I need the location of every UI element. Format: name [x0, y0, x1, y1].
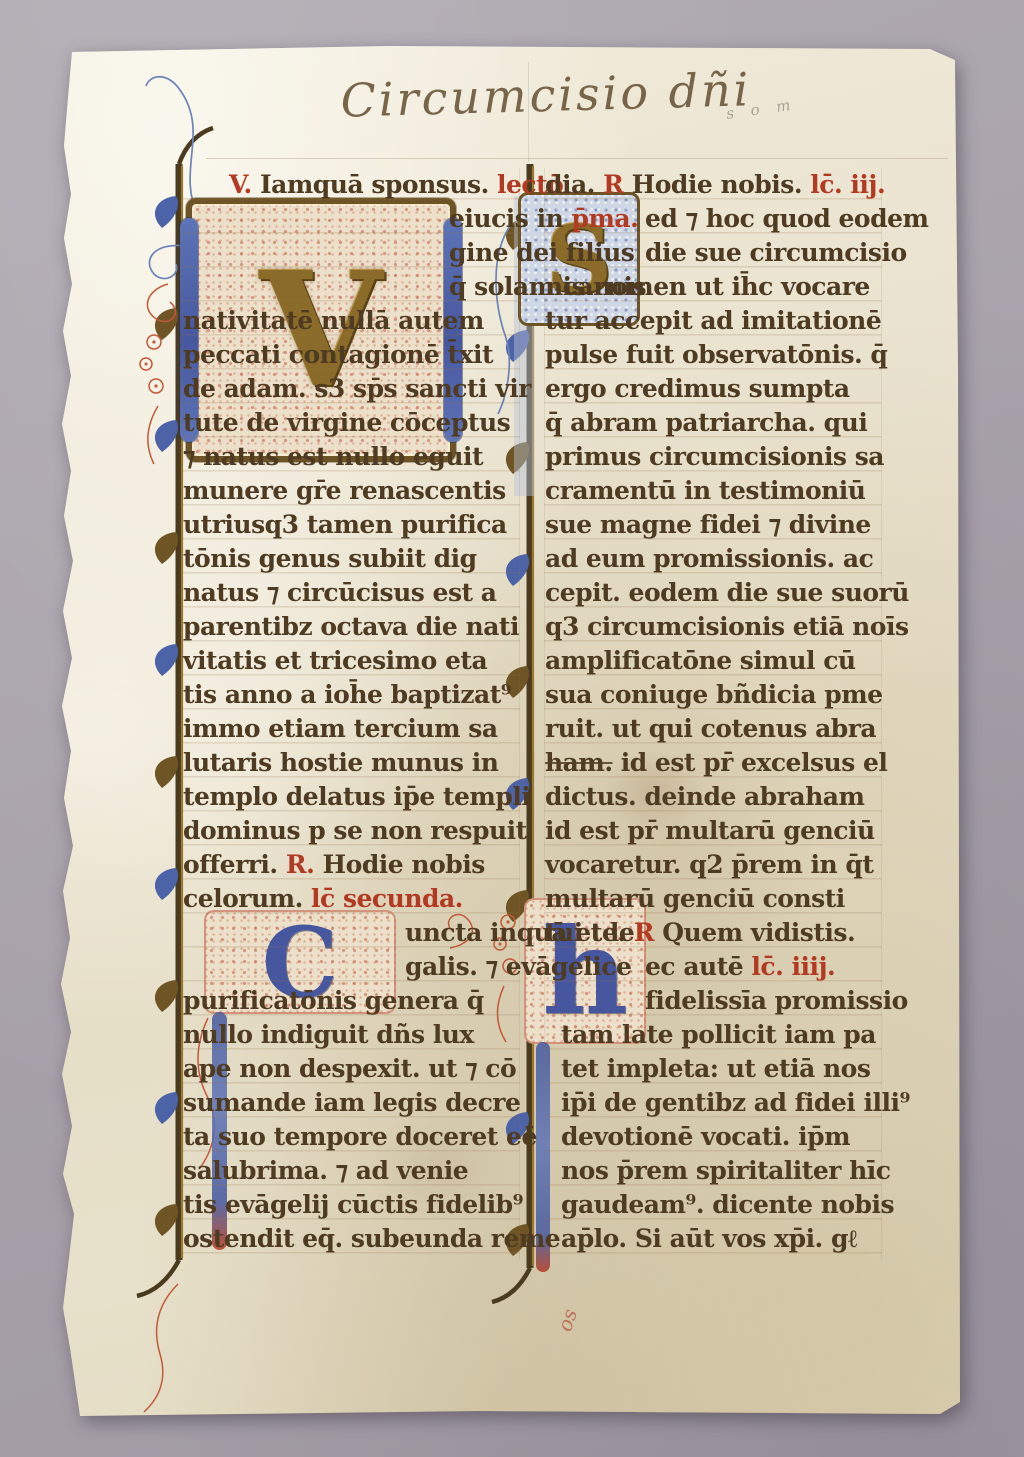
text-segment: celorum.	[183, 884, 311, 913]
text-line: sua coniuge bñdicia pme	[545, 678, 881, 712]
text-line: cepit. eodem die sue suorū	[545, 576, 881, 610]
text-line: gaudeam⁹. dicente nobis	[545, 1188, 881, 1222]
text-segment: ape non despexit. ut ⁊ cō	[183, 1054, 516, 1083]
text-segment: fidelissīa promissio	[645, 986, 908, 1015]
text-segment: salubrima. ⁊ ad venie	[183, 1156, 468, 1185]
text-line: tis evāgelij cūctis fidelib⁹	[183, 1188, 519, 1222]
text-line: ruit. ut qui cotenus abra	[545, 712, 881, 746]
text-line: gine dei filius	[183, 236, 519, 270]
text-line: parentibz octava die nati	[183, 610, 519, 644]
text-segment: gaudeam⁹. dicente nobis	[561, 1190, 894, 1219]
text-segment: ergo credimus sumpta	[545, 374, 850, 403]
text-line: tam late pollicit iam pa	[545, 1018, 881, 1052]
text-segment: ruit. ut qui cotenus abra	[545, 714, 876, 743]
text-line: q̄ solam carnis	[183, 270, 519, 304]
text-segment: multarū genciū consti	[545, 884, 845, 913]
text-line: ap̄lo. Si aūt vos xp̄i. gℓ	[545, 1222, 881, 1256]
text-line: ad eum promissionis. ac	[545, 542, 881, 576]
text-segment: sua coniuge bñdicia pme	[545, 680, 883, 709]
text-segment: ham.	[545, 748, 613, 777]
text-segment: purificatōnis genera q̄	[183, 986, 484, 1015]
text-line: q̄ abram patriarcha. qui	[545, 406, 881, 440]
text-segment: sumande iam legis decre	[183, 1088, 520, 1117]
text-line: die sue circumcisio	[545, 236, 881, 270]
text-line: nos p̄rem spiritaliter hīc	[545, 1154, 881, 1188]
text-column-right: dia. R Hodie nobis. lc̄. iij.ed ⁊ hoc qu…	[544, 168, 882, 1260]
text-segment: templo delatus ip̄e templi	[183, 782, 530, 811]
text-segment: cramentū in testimoniū	[545, 476, 865, 505]
text-segment: R	[634, 918, 662, 947]
text-segment: utriusq3 tamen purifica	[183, 510, 507, 539]
text-segment: dia.	[545, 170, 603, 199]
text-segment: tōnis genus subiit dig	[183, 544, 477, 573]
text-segment: lc̄. iij.	[810, 170, 885, 199]
text-line: munere gr̄e renascentis	[183, 474, 519, 508]
text-segment: natus ⁊ circūcisus est a	[183, 578, 496, 607]
text-line: vitatis et tricesimo eta	[183, 644, 519, 678]
text-segment: ip̄i de gentibz ad fidei illi⁹	[561, 1088, 910, 1117]
text-segment: tam late pollicit iam pa	[561, 1020, 876, 1049]
text-segment: vitatis et tricesimo eta	[183, 646, 487, 675]
text-segment: nativitatē nullā autem	[183, 306, 484, 335]
text-line: amplificatōne simul cū	[545, 644, 881, 678]
text-line: tis anno a ioh̄e baptizat⁹	[183, 678, 519, 712]
text-segment: ad eum promissionis. ac	[545, 544, 873, 573]
text-line: dictus. deinde abraham	[545, 780, 881, 814]
text-segment: sue magne fidei ⁊ divine	[545, 510, 871, 539]
text-line: offerri. R. Hodie nobis	[183, 848, 519, 882]
text-line: ergo credimus sumpta	[545, 372, 881, 406]
text-line: immo etiam tercium sa	[183, 712, 519, 746]
text-line: galis. ⁊ evāgelice	[183, 950, 519, 984]
text-segment: id est pr̄ excelsus el	[613, 748, 888, 777]
text-line: V. Iamquā sponsus. lectō	[183, 168, 519, 202]
text-line: ostendit eq̄. subeunda reme	[183, 1222, 519, 1256]
text-line: ip̄i de gentibz ad fidei illi⁹	[545, 1086, 881, 1120]
text-line: vocaretur. q2 p̄rem in q̄t	[545, 848, 881, 882]
text-segment: ap̄lo. Si aūt vos xp̄i. gℓ	[561, 1224, 857, 1253]
photo-background: Circumcisio dñi s o m V C S h V. Iamquā …	[0, 0, 1024, 1457]
header-inscription: Circumcisio dñi	[295, 61, 796, 129]
text-line: q3 circumcisionis etiā noīs	[545, 610, 881, 644]
text-segment: ⁊ natus est nullo eguit	[183, 442, 483, 471]
text-line: tur accepit ad imitationē	[545, 304, 881, 338]
text-segment: nis nomen ut ih̄c vocare	[545, 272, 870, 301]
ruling-line-horizontal	[206, 158, 948, 159]
text-segment: dictus. deinde abraham	[545, 782, 864, 811]
text-line: fidelissīa promissio	[545, 984, 881, 1018]
text-segment: tute de virgine cōceptus	[183, 408, 510, 437]
text-line: de adam. s3 sp̄s sancti vir	[183, 372, 519, 406]
text-segment: lutaris hostie munus in	[183, 748, 498, 777]
text-segment: ed ⁊ hoc quod eodem	[645, 204, 928, 233]
text-segment: ec autē	[645, 952, 751, 981]
text-line: primus circumcisionis sa	[545, 440, 881, 474]
text-line: lutaris hostie munus in	[183, 746, 519, 780]
text-segment: pulse fuit observatōnis. q̄	[545, 340, 887, 369]
text-segment: q̄ abram patriarcha. qui	[545, 408, 867, 437]
text-segment: R.	[286, 850, 323, 879]
text-segment: nos p̄rem spiritaliter hīc	[561, 1156, 891, 1185]
text-segment: cepit. eodem die sue suorū	[545, 578, 909, 607]
text-line: ape non despexit. ut ⁊ cō	[183, 1052, 519, 1086]
text-segment: dominus p se non respuit	[183, 816, 527, 845]
text-segment: ta suo tempore doceret eē	[183, 1122, 537, 1151]
text-line: eiucis in p̄ma.	[183, 202, 519, 236]
leaf-shadow-wrap: Circumcisio dñi s o m V C S h V. Iamquā …	[58, 46, 960, 1418]
text-line: multarū genciū consti	[545, 882, 881, 916]
text-segment: die sue circumcisio	[645, 238, 907, 267]
text-segment: primus circumcisionis sa	[545, 442, 884, 471]
text-segment: tis evāgelij cūctis fidelib⁹	[183, 1190, 523, 1219]
text-line: ⁊ natus est nullo eguit	[183, 440, 519, 474]
text-segment: tui te.	[545, 918, 634, 947]
text-segment: lc̄ secunda.	[311, 884, 463, 913]
text-segment: devotionē vocati. ip̄m	[561, 1122, 850, 1151]
text-line: cramentū in testimoniū	[545, 474, 881, 508]
text-line: natus ⁊ circūcisus est a	[183, 576, 519, 610]
text-segment: munere gr̄e renascentis	[183, 476, 506, 505]
manuscript-leaf: Circumcisio dñi s o m V C S h V. Iamquā …	[58, 46, 960, 1418]
text-line: salubrima. ⁊ ad venie	[183, 1154, 519, 1188]
text-line: ta suo tempore doceret eē	[183, 1120, 519, 1154]
text-line: purificatōnis genera q̄	[183, 984, 519, 1018]
text-line: nis nomen ut ih̄c vocare	[545, 270, 881, 304]
text-line: peccati contagionē t̄xit	[183, 338, 519, 372]
text-line: pulse fuit observatōnis. q̄	[545, 338, 881, 372]
text-line: dominus p se non respuit	[183, 814, 519, 848]
text-segment: lc̄. iiij.	[751, 952, 835, 981]
text-line: tute de virgine cōceptus	[183, 406, 519, 440]
text-line: id est pr̄ multarū genciū	[545, 814, 881, 848]
text-line: dia. R Hodie nobis. lc̄. iij.	[545, 168, 881, 202]
text-segment: Hodie nobis	[323, 850, 485, 879]
text-segment: id est pr̄ multarū genciū	[545, 816, 875, 845]
text-segment: vocaretur. q2 p̄rem in q̄t	[545, 850, 873, 879]
text-segment: q3 circumcisionis etiā noīs	[545, 612, 909, 641]
text-line: devotionē vocati. ip̄m	[545, 1120, 881, 1154]
text-line: ec autē lc̄. iiij.	[545, 950, 881, 984]
text-line: sue magne fidei ⁊ divine	[545, 508, 881, 542]
text-segment: Quem vidistis.	[662, 918, 855, 947]
text-segment: Iamquā sponsus.	[260, 170, 497, 199]
text-line: uncta inquā et le	[183, 916, 519, 950]
text-line: tōnis genus subiit dig	[183, 542, 519, 576]
text-segment: offerri.	[183, 850, 286, 879]
text-segment: parentibz octava die nati	[183, 612, 519, 641]
text-segment: tet impleta: ut etiā nos	[561, 1054, 870, 1083]
text-line: celorum. lc̄ secunda.	[183, 882, 519, 916]
text-segment: peccati contagionē t̄xit	[183, 340, 493, 369]
text-line: tui te. R Quem vidistis.	[545, 916, 881, 950]
crease-line	[528, 62, 529, 162]
text-line: ed ⁊ hoc quod eodem	[545, 202, 881, 236]
text-segment: R	[603, 170, 631, 199]
text-segment: amplificatōne simul cū	[545, 646, 856, 675]
text-segment: immo etiam tercium sa	[183, 714, 498, 743]
text-line: tet impleta: ut etiā nos	[545, 1052, 881, 1086]
text-segment: Hodie nobis.	[632, 170, 811, 199]
text-segment: de adam. s3 sp̄s sancti vir	[183, 374, 531, 403]
red-margin-mark: os	[552, 1306, 582, 1335]
text-line: sumande iam legis decre	[183, 1086, 519, 1120]
text-segment: tis anno a ioh̄e baptizat⁹	[183, 680, 511, 709]
text-segment: ostendit eq̄. subeunda reme	[183, 1224, 560, 1253]
text-line: utriusq3 tamen purifica	[183, 508, 519, 542]
text-line: templo delatus ip̄e templi	[183, 780, 519, 814]
text-segment: nullo indiguit dñs lux	[183, 1020, 474, 1049]
text-line: nullo indiguit dñs lux	[183, 1018, 519, 1052]
text-segment: V.	[229, 170, 260, 199]
text-line: nativitatē nullā autem	[183, 304, 519, 338]
text-column-left: V. Iamquā sponsus. lectōeiucis in p̄ma.g…	[182, 168, 520, 1260]
text-segment: tur accepit ad imitationē	[545, 306, 881, 335]
text-line: ham. id est pr̄ excelsus el	[545, 746, 881, 780]
